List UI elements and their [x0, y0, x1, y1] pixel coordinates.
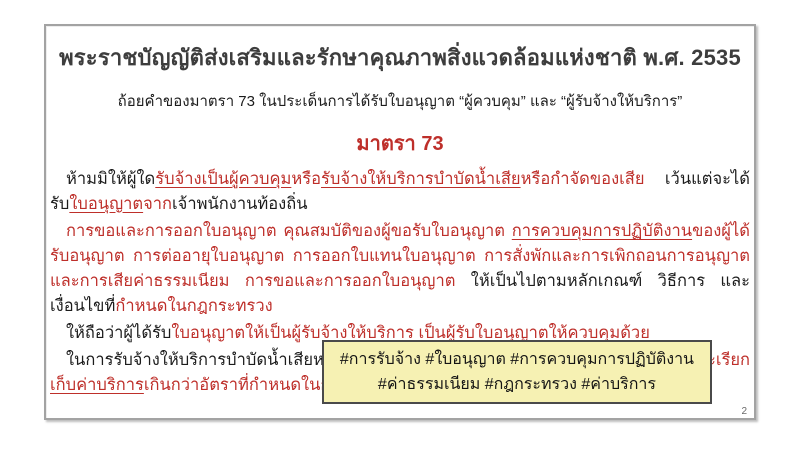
- slide-content: พระราชบัญญัติส่งเสริมและรักษาคุณภาพสิ่งแ…: [46, 26, 754, 418]
- text-segment: หรือ: [291, 170, 321, 188]
- page-number: 2: [741, 406, 747, 417]
- hashtag-line-2: #ค่าธรรมเนียม #กฎกระทรวง #ค่าบริการ: [340, 372, 694, 397]
- slide-subtitle: ถ้อยคำของมาตรา 73 ในประเด็นการได้รับใบอน…: [50, 89, 750, 113]
- text-segment: การควบคุมการปฏิบัติงาน: [512, 222, 692, 240]
- slide-frame: พระราชบัญญัติส่งเสริมและรักษาคุณภาพสิ่งแ…: [44, 24, 756, 420]
- text-segment: หรือกำจัดของเสีย: [521, 170, 645, 188]
- paragraph: ห้ามมิให้ผู้ใดรับจ้างเป็นผู้ควบคุมหรือรั…: [50, 167, 750, 217]
- text-segment: รับจ้างให้บริการบำบัดน้ำเสีย: [321, 170, 521, 188]
- section-heading: มาตรา 73: [50, 127, 750, 159]
- text-segment: เก็บค่าบริการ: [50, 376, 144, 394]
- page-canvas: พระราชบัญญัติส่งเสริมและรักษาคุณภาพสิ่งแ…: [0, 0, 800, 450]
- text-segment: กำหนดในกฎกระทรวง: [115, 297, 272, 315]
- text-segment: การขอและการออกใบอนุญาต คุณสมบัติของผู้ขอ…: [66, 222, 512, 240]
- text-segment: ใบอนุญาต: [69, 195, 143, 213]
- text-segment: รับจ้างเป็นผู้ควบคุม: [155, 170, 291, 188]
- text-segment: ห้ามมิให้ผู้ใด: [66, 170, 155, 188]
- text-segment: เจ้าพนักงานท้องถิ่น: [172, 195, 307, 213]
- paragraph: การขอและการออกใบอนุญาต คุณสมบัติของผู้ขอ…: [50, 219, 750, 319]
- hashtag-line-1: #การรับจ้าง #ใบอนุญาต #การควบคุมการปฏิบั…: [340, 347, 694, 372]
- slide-title: พระราชบัญญัติส่งเสริมและรักษาคุณภาพสิ่งแ…: [50, 40, 750, 75]
- text-segment: จาก: [143, 195, 172, 213]
- text-segment: ให้ถือว่าผู้ได้รับ: [66, 324, 171, 342]
- hashtag-box: #การรับจ้าง #ใบอนุญาต #การควบคุมการปฏิบั…: [322, 340, 712, 404]
